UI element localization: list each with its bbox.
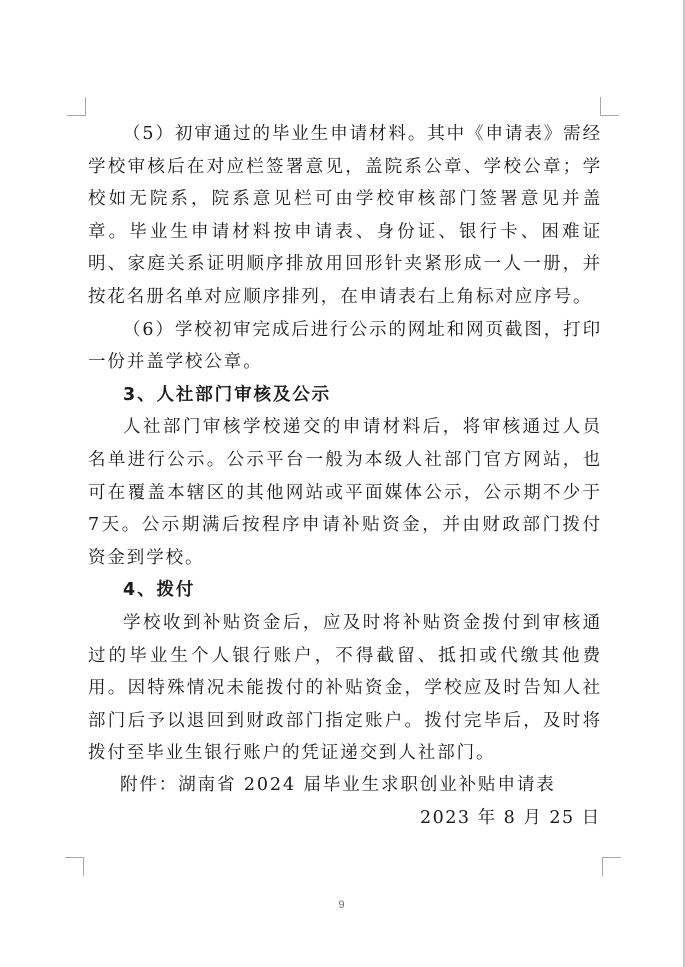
crop-mark-bottom-left — [65, 857, 84, 876]
document-date: 2023 年 8 月 25 日 — [420, 802, 601, 835]
paragraph-disbursement: 学校收到补贴资金后，应及时将补贴资金拨付到审核通过的毕业生个人银行账户，不得截留… — [88, 607, 602, 770]
section-heading-4: 4、拨付 — [88, 574, 602, 607]
section-heading-3: 3、人社部门审核及公示 — [88, 379, 602, 412]
document-page: （5）初审通过的毕业生申请材料。其中《申请表》需经学校审核后在对应栏签署意见，盖… — [0, 0, 683, 967]
page-number: 9 — [0, 899, 683, 911]
paragraph-item-5: （5）初审通过的毕业生申请材料。其中《申请表》需经学校审核后在对应栏签署意见，盖… — [88, 118, 602, 314]
paragraph-item-6: （6）学校初审完成后进行公示的网址和网页截图，打印一份并盖学校公章。 — [88, 314, 602, 379]
crop-mark-bottom-right — [602, 857, 621, 876]
crop-mark-top-left — [67, 97, 86, 116]
paragraph-review-publicity: 人社部门审核学校递交的申请材料后，将审核通过人员名单进行公示。公示平台一般为本级… — [88, 411, 602, 574]
attachment-line: 附件：湖南省 2024 届毕业生求职创业补贴申请表 — [120, 769, 556, 802]
crop-mark-top-right — [600, 97, 619, 116]
document-body: （5）初审通过的毕业生申请材料。其中《申请表》需经学校审核后在对应栏签署意见，盖… — [88, 118, 602, 770]
